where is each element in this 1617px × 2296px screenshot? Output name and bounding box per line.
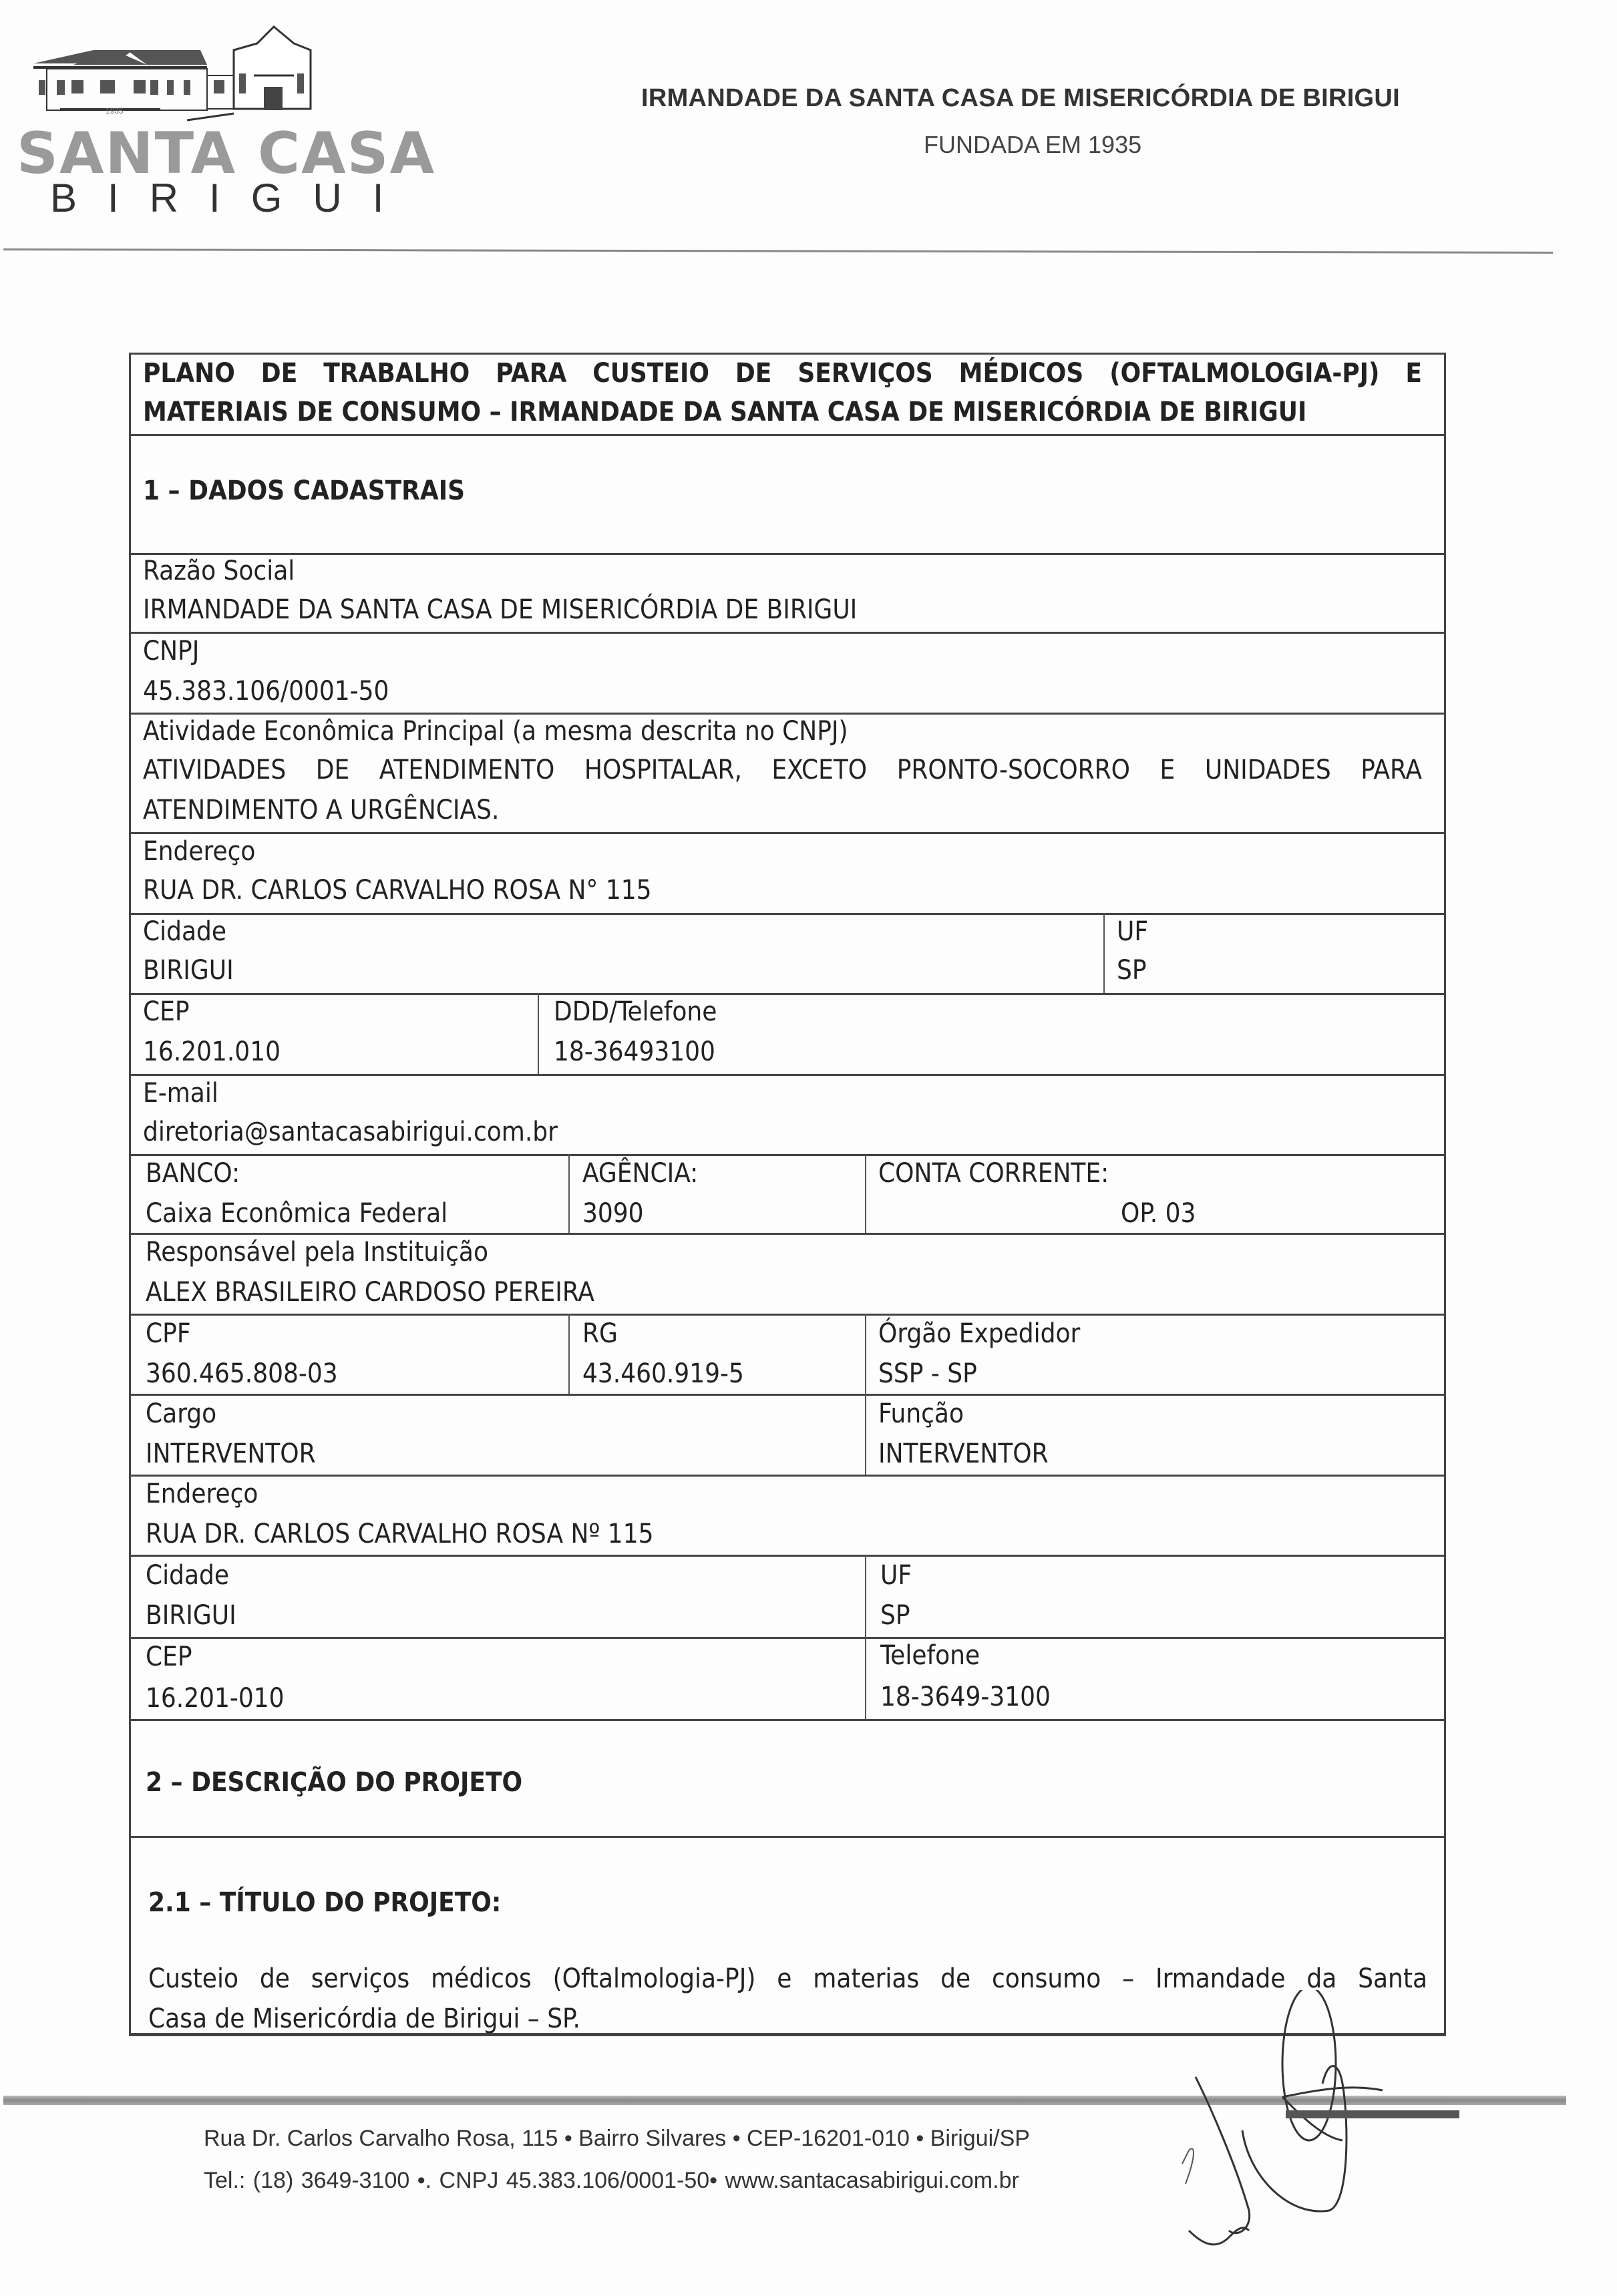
- resp-uf-value: SP: [880, 1600, 910, 1631]
- document-title-line2: MATERIAIS DE CONSUMO – IRMANDADE DA SANT…: [143, 397, 1306, 427]
- row-divider: [129, 913, 1446, 915]
- agencia-label: AGÊNCIA:: [582, 1158, 698, 1189]
- row-divider: [129, 993, 1446, 995]
- cidade-label: Cidade: [143, 916, 226, 947]
- resp-cidade-value: BIRIGUI: [146, 1600, 236, 1631]
- cargo-label: Cargo: [146, 1398, 216, 1429]
- resp-cep-label: CEP: [146, 1642, 192, 1672]
- cnpj-label: CNPJ: [143, 636, 199, 666]
- agencia-value: 3090: [582, 1198, 644, 1229]
- founded-year: FUNDADA EM 1935: [924, 131, 1141, 159]
- row-divider: [129, 1475, 1446, 1477]
- resp-uf-label: UF: [880, 1560, 912, 1591]
- endereco-value: RUA DR. CARLOS CARVALHO ROSA N° 115: [143, 875, 652, 906]
- resp-cidade-label: Cidade: [146, 1560, 229, 1591]
- row-divider: [129, 1074, 1446, 1076]
- row-divider: [129, 713, 1446, 715]
- cnpj-value: 45.383.106/0001-50: [143, 676, 389, 707]
- footer-contact: Tel.: (18) 3649-3100 •. CNPJ 45.383.106/…: [204, 2168, 1019, 2194]
- column-divider: [568, 1314, 570, 1394]
- row-divider: [129, 1836, 1446, 1838]
- resp-cep-value: 16.201-010: [146, 1683, 285, 1714]
- column-divider: [865, 1555, 866, 1719]
- row-divider: [129, 434, 1446, 436]
- atividade-value-line2: ATENDIMENTO A URGÊNCIAS.: [143, 795, 499, 825]
- column-divider: [568, 1154, 570, 1233]
- orgao-value: SSP - SP: [878, 1358, 977, 1389]
- atividade-label: Atividade Econômica Principal (a mesma d…: [143, 716, 848, 747]
- razao-social-label: Razão Social: [143, 556, 295, 586]
- row-divider: [129, 632, 1446, 634]
- row-divider: [129, 553, 1446, 555]
- telefone-label: DDD/Telefone: [554, 996, 717, 1027]
- telefone-value: 18-36493100: [554, 1036, 715, 1067]
- handwritten-signature-icon: [1149, 1990, 1496, 2271]
- row-divider: [129, 1154, 1446, 1156]
- cpf-label: CPF: [146, 1318, 191, 1349]
- column-divider: [1103, 913, 1105, 993]
- resp-endereco-value: RUA DR. CARLOS CARVALHO ROSA Nº 115: [146, 1519, 653, 1549]
- responsavel-label: Responsável pela Instituição: [146, 1237, 488, 1268]
- atividade-value-line1: ATIVIDADES DE ATENDIMENTO HOSPITALAR, EX…: [143, 755, 1422, 785]
- section-heading-dados-cadastrais: 1 – DADOS CADASTRAIS: [143, 475, 465, 506]
- orgao-label: Órgão Expedidor: [878, 1318, 1080, 1349]
- uf-value: SP: [1117, 955, 1147, 986]
- section-heading-descricao-projeto: 2 – DESCRIÇÃO DO PROJETO: [146, 1767, 522, 1798]
- logo-birigui-text: BIRIGUI: [50, 175, 414, 221]
- document-title-line1: PLANO DE TRABALHO PARA CUSTEIO DE SERVIÇ…: [143, 358, 1422, 389]
- row-divider: [129, 1555, 1446, 1557]
- cargo-value: INTERVENTOR: [146, 1439, 316, 1469]
- resp-telefone-label: Telefone: [880, 1640, 980, 1671]
- funcao-label: Função: [878, 1398, 964, 1429]
- conta-value: OP. 03: [1121, 1198, 1196, 1229]
- funcao-value: INTERVENTOR: [878, 1439, 1049, 1469]
- footer-address: Rua Dr. Carlos Carvalho Rosa, 115 • Bair…: [204, 2126, 1030, 2152]
- conta-label: CONTA CORRENTE:: [878, 1158, 1109, 1189]
- cpf-value: 360.465.808-03: [146, 1358, 338, 1389]
- endereco-label: Endereço: [143, 836, 255, 867]
- row-divider: [129, 1637, 1446, 1639]
- email-value: diretoria@santacasabirigui.com.br: [143, 1117, 558, 1147]
- resp-telefone-value: 18-3649-3100: [880, 1682, 1051, 1712]
- rg-value: 43.460.919-5: [582, 1358, 744, 1389]
- cidade-value: BIRIGUI: [143, 955, 234, 986]
- column-divider: [538, 993, 539, 1074]
- cep-label: CEP: [143, 996, 190, 1027]
- row-divider: [129, 1394, 1446, 1396]
- row-divider: [129, 1233, 1446, 1235]
- razao-social-value: IRMANDADE DA SANTA CASA DE MISERICÓRDIA …: [143, 594, 857, 625]
- project-title-line2: Casa de Misericórdia de Birigui – SP.: [148, 2003, 580, 2034]
- row-divider: [129, 832, 1446, 834]
- column-divider: [865, 1314, 866, 1475]
- banco-label: BANCO:: [146, 1158, 240, 1189]
- header-divider: [3, 248, 1553, 254]
- banco-value: Caixa Econômica Federal: [146, 1198, 447, 1229]
- column-divider: [865, 1154, 866, 1233]
- uf-label: UF: [1117, 916, 1148, 947]
- row-divider: [129, 1719, 1446, 1721]
- rg-label: RG: [582, 1318, 618, 1349]
- cep-value: 16.201.010: [143, 1036, 281, 1067]
- email-label: E-mail: [143, 1078, 218, 1109]
- section-heading-titulo-projeto: 2.1 – TÍTULO DO PROJETO:: [148, 1887, 501, 1918]
- responsavel-value: ALEX BRASILEIRO CARDOSO PEREIRA: [146, 1277, 594, 1308]
- row-divider: [129, 1314, 1446, 1316]
- resp-endereco-label: Endereço: [146, 1479, 258, 1509]
- svg-text:1935: 1935: [106, 106, 124, 116]
- organization-name: IRMANDADE DA SANTA CASA DE MISERICÓRDIA …: [641, 84, 1400, 113]
